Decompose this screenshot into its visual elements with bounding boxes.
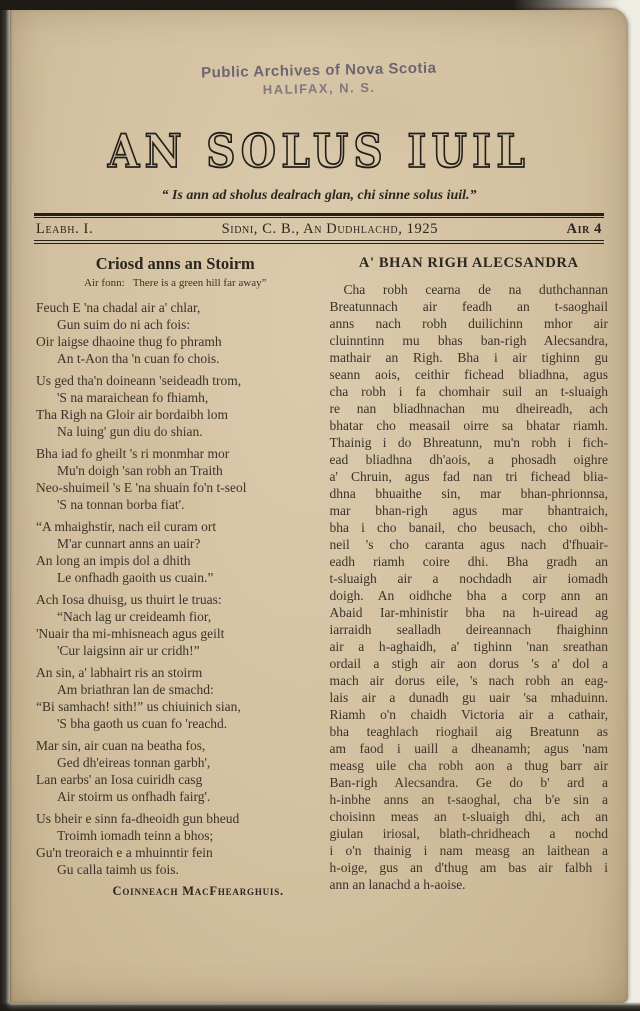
poem-line: Tha Righ na Gloir air bordaibh lom xyxy=(36,406,315,423)
article-body: Cha robh cearna de na duthchannanBreatun… xyxy=(330,281,609,893)
article-line: measg uile cha robh aon a thug barr air xyxy=(330,757,609,774)
poem-line: 'S bha gaoth us cuan fo 'reachd. xyxy=(36,715,315,732)
article-line: h-oige, gus an d'thug am bas air falbh i xyxy=(330,859,609,876)
poem-line: Us ged tha'n doineann 'seideadh trom, xyxy=(36,372,315,389)
article-line: i o'n thainig i nam measg an laithean a xyxy=(330,842,609,859)
poem-stanza: Ach Iosa dhuisg, us thuirt le truas:“Nac… xyxy=(36,591,315,659)
poem-line: “Nach lag ur creideamh fior, xyxy=(36,608,315,625)
article-line: mathair an Righ. Bha i air tighinn gu xyxy=(330,349,609,366)
poem-line: Ged dh'eireas tonnan garbh', xyxy=(36,754,315,771)
poem-line: 'S na tonnan borba fiat'. xyxy=(36,496,315,513)
poem-tune-line: Air fonn: There is a green hill far away… xyxy=(36,275,315,292)
article-line: anns nach robh duilichinn mhor air xyxy=(330,315,609,332)
poem-line: Bha iad fo gheilt 's ri monmhar mor xyxy=(36,445,315,462)
scan-edge-bottom xyxy=(0,1002,640,1011)
article-line: dhna bhuaithe sin, mar bhan-phrionnsa, xyxy=(330,485,609,502)
article-line: t-sluaigh air a nochdadh air iomadh xyxy=(330,570,609,587)
poem-stanza: Bha iad fo gheilt 's ri monmhar morMu'n … xyxy=(36,445,315,513)
poem-stanza: Us bheir e sinn fa-dheoidh gun bheudTroi… xyxy=(36,810,315,878)
poem-line: An t-Aon tha 'n cuan fo chois. xyxy=(36,350,315,367)
poem-stanza: Us ged tha'n doineann 'seideadh trom,'S … xyxy=(36,372,315,440)
masthead-rule-bottom xyxy=(34,240,604,244)
article-line: neil 's cho caranta agus nach d'fhuair- xyxy=(330,536,609,553)
newspaper-page: Public Archives of Nova Scotia HALIFAX, … xyxy=(10,8,628,1003)
article-line: choisinn meas an t-sluaigh dhi, ach an xyxy=(330,808,609,825)
article-line: cluinntinn mu bhas ban-righ Alecsandra, xyxy=(330,332,609,349)
masthead-motto: “ Is ann ad sholus dealrach glan, chi si… xyxy=(34,188,604,204)
right-column: A' BHAN RIGH ALECSANDRA Cha robh cearna … xyxy=(330,254,609,900)
content-columns: Criosd anns an Stoirm Air fonn: There is… xyxy=(10,244,628,900)
article-line: giulan iriosal, blath-chridheach a nochd xyxy=(330,825,609,842)
article-line: iarraidh sealladh deireannach fhaighinn xyxy=(330,621,609,638)
article-line: Ban-righ Alecsandra. Ge do b' ard a xyxy=(330,774,609,791)
poem-line: Lan earbs' an Iosa cuiridh casg xyxy=(36,771,315,788)
poem-line: Am briathran lan de smachd: xyxy=(36,681,315,698)
masthead: AN SOLUS IUIL “ Is ann ad sholus dealrac… xyxy=(10,124,628,244)
poem-line: M'ar cunnart anns an uair? xyxy=(36,535,315,552)
poem-line: Feuch E 'na chadal air a' chlar, xyxy=(36,299,315,316)
poem-line: Air stoirm us onfhadh fairg'. xyxy=(36,788,315,805)
article-line: cha robh i fa chomhair suil an t-sluaigh xyxy=(330,383,609,400)
article-title: A' BHAN RIGH ALECSANDRA xyxy=(330,254,609,272)
poem-title: Criosd anns an Stoirm xyxy=(36,254,315,273)
poem-line: Mar sin, air cuan na beatha fos, xyxy=(36,737,315,754)
article-line: eadh riamh coire dhi. Bha gradh an xyxy=(330,553,609,570)
poem-line: Gu calla taimh us fois. xyxy=(36,861,315,878)
article-line: bha i cho banail, cho beusach, cho oibh- xyxy=(330,519,609,536)
poem-stanza: “A mhaighstir, nach eil curam ortM'ar cu… xyxy=(36,518,315,586)
article-line: bhatar cho measail oirre sa bhatar riamh… xyxy=(330,417,609,434)
poem-line: 'Cur laigsinn air ur cridh!” xyxy=(36,642,315,659)
article-line: Riamh o'n chaidh Victoria air a cathair, xyxy=(330,706,609,723)
issue-number-label: Air 4 xyxy=(567,221,602,238)
article-line: ordail a stigh air aon dorus 's a' dol a xyxy=(330,655,609,672)
article-line: h-inbhe anns an t-saoghal, cha b'e sin a xyxy=(330,791,609,808)
article-line: bha teaghlach rioghail aig Breatunn as xyxy=(330,723,609,740)
article-line: seann aois, ceithir fichead bliadhna, ag… xyxy=(330,366,609,383)
poem-line: Gun suim do ni ach fois: xyxy=(36,316,315,333)
poem-stanza: Feuch E 'na chadal air a' chlar,Gun suim… xyxy=(36,299,315,367)
poem-line: Mu'n doigh 'san robh an Traith xyxy=(36,462,315,479)
article-line: re nan bliadhnachan mu dheireadh, ach xyxy=(330,400,609,417)
poem-signature: Coinneach MacFhearghuis. xyxy=(36,883,315,900)
poem-line: Us bheir e sinn fa-dheoidh gun bheud xyxy=(36,810,315,827)
issue-info-row: Leabh. I. Sidni, C. B., An Dudhlachd, 19… xyxy=(34,218,604,240)
article-line: Thainig i do Bhreatunn, mu'n robh i fich… xyxy=(330,434,609,451)
poem-line: An long an impis dol a dhith xyxy=(36,552,315,569)
article-line: Breatunnach air feadh an t-saoghail xyxy=(330,298,609,315)
article-line: mar bhan-righ agus mar bhantraich, xyxy=(330,502,609,519)
article-line: air a h-aghaidh, a' tighinn 'nan sreatha… xyxy=(330,638,609,655)
article-line: doigh. An oidhche bha a corp ann an xyxy=(330,587,609,604)
poem-stanza: An sin, a' labhairt ris an stoirmAm bria… xyxy=(36,664,315,732)
article-line: am faod i uaill a dheanamh; agus 'nam xyxy=(330,740,609,757)
poem-line: “A mhaighstir, nach eil curam ort xyxy=(36,518,315,535)
volume-label: Leabh. I. xyxy=(36,221,93,238)
poem-line: “Bi samhach! sith!” us chiuinich sian, xyxy=(36,698,315,715)
poem-line: Ach Iosa dhuisg, us thuirt le truas: xyxy=(36,591,315,608)
poem-stanzas: Feuch E 'na chadal air a' chlar,Gun suim… xyxy=(36,299,315,878)
poem-line: 'Nuair tha mi-mhisneach agus geilt xyxy=(36,625,315,642)
scan-background: { "colors":{ "paper":"#d3c1a1", "ink":"#… xyxy=(0,0,640,1011)
poem-line: Neo-shuimeil 's E 'na shuain fo'n t-seol xyxy=(36,479,315,496)
article-line: lais air a dunadh gu uair 'sa mhaduinn. xyxy=(330,689,609,706)
page-title: AN SOLUS IUIL xyxy=(68,124,570,178)
left-column: Criosd anns an Stoirm Air fonn: There is… xyxy=(36,254,315,900)
article-line: ead bliadhna dh'aois, a phosadh oighre xyxy=(330,451,609,468)
poem-stanza: Mar sin, air cuan na beatha fos,Ged dh'e… xyxy=(36,737,315,805)
article-line: mach air dorus eile, 's nach robh an eag… xyxy=(330,672,609,689)
poem-line: An sin, a' labhairt ris an stoirm xyxy=(36,664,315,681)
article-line: ann an lanachd a h-aoise. xyxy=(330,876,609,893)
dateline: Sidni, C. B., An Dudhlachd, 1925 xyxy=(93,221,566,238)
poem-line: Gu'n treoraich e a mhuinntir fein xyxy=(36,844,315,861)
article-line: Abaid Iar-mhinistir bha na h-uiread ag xyxy=(330,604,609,621)
archive-stamp: Public Archives of Nova Scotia HALIFAX, … xyxy=(10,56,629,103)
article-line: a' Chruin, agus fad nan tri fichead blia… xyxy=(330,468,609,485)
poem-line: Oir laigse dhaoine thug fo phramh xyxy=(36,333,315,350)
poem-line: 'S na maraichean fo fhiamh, xyxy=(36,389,315,406)
poem-line: Troimh iomadh teinn a bhos; xyxy=(36,827,315,844)
poem-line: Le onfhadh gaoith us cuain.” xyxy=(36,569,315,586)
article-line: Cha robh cearna de na duthchannan xyxy=(330,281,609,298)
poem-line: Na luing' gun diu do shian. xyxy=(36,423,315,440)
